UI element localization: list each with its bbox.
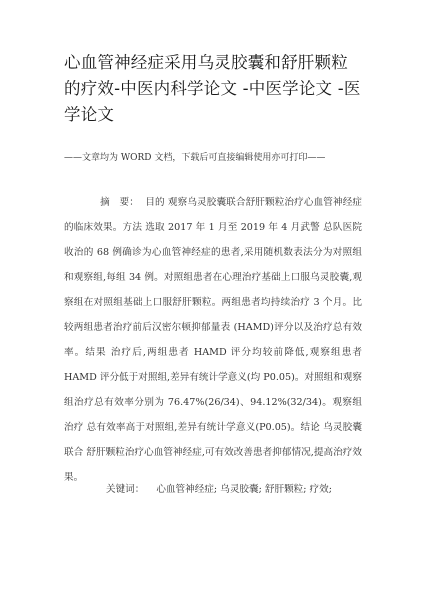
- abstract-text: 目的 观察乌灵胶囊联合舒肝颗粒治疗心血管神经症的临床效果。方法 选取 2017 …: [64, 197, 362, 483]
- abstract-label: 摘 要：: [100, 197, 139, 208]
- keywords-label: 关键词：: [106, 484, 144, 495]
- document-title: 心血管神经症采用乌灵胶囊和舒肝颗粒的疗效-中医内科学论文 -中医学论文 -医学论…: [64, 50, 364, 128]
- abstract-section: 摘 要： 目的 观察乌灵胶囊联合舒肝颗粒治疗心血管神经症的临床效果。方法 选取 …: [64, 190, 362, 490]
- document-page: 心血管神经症采用乌灵胶囊和舒肝颗粒的疗效-中医内科学论文 -中医学论文 -医学论…: [0, 0, 424, 600]
- keywords-section: 关键词：心血管神经症; 乌灵胶囊; 舒肝颗粒; 疗效;: [106, 483, 366, 497]
- keywords-text: 心血管神经症; 乌灵胶囊; 舒肝颗粒; 疗效;: [156, 484, 332, 495]
- document-subtitle: ——文章均为 WORD 文档，下载后可直接编辑使用亦可打印——: [64, 151, 364, 165]
